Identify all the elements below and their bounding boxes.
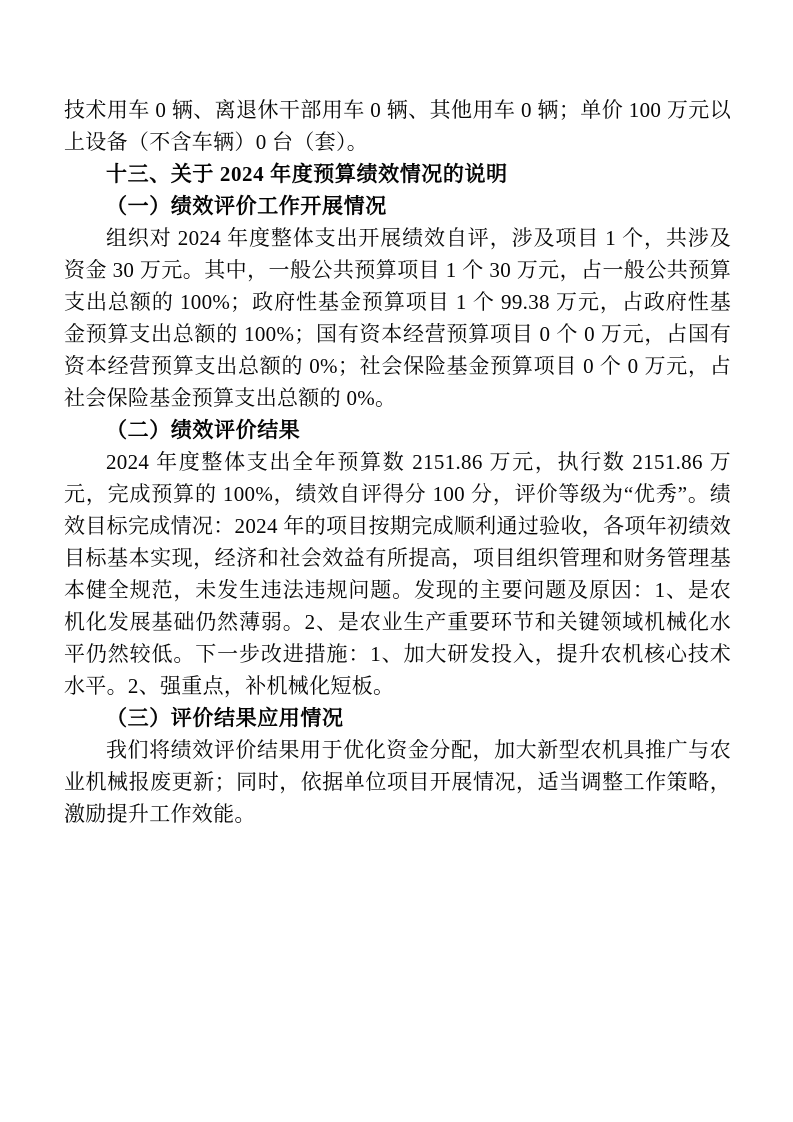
subsection-3-heading: （三）评价结果应用情况: [64, 702, 731, 734]
section-13-heading: 十三、关于 2024 年度预算绩效情况的说明: [64, 158, 731, 190]
performance-self-evaluation-paragraph: 组织对 2024 年度整体支出开展绩效自评，涉及项目 1 个，共涉及资金 30 …: [64, 222, 731, 414]
document-content: 技术用车 0 辆、离退休干部用车 0 辆、其他用车 0 辆；单价 100 万元以…: [64, 94, 731, 830]
vehicles-equipment-continued-paragraph: 技术用车 0 辆、离退休干部用车 0 辆、其他用车 0 辆；单价 100 万元以…: [64, 94, 731, 158]
document-page: 技术用车 0 辆、离退休干部用车 0 辆、其他用车 0 辆；单价 100 万元以…: [0, 0, 793, 1122]
subsection-1-heading: （一）绩效评价工作开展情况: [64, 190, 731, 222]
evaluation-results-paragraph: 2024 年度整体支出全年预算数 2151.86 万元，执行数 2151.86 …: [64, 446, 731, 702]
results-application-paragraph: 我们将绩效评价结果用于优化资金分配，加大新型农机具推广与农业机械报废更新；同时，…: [64, 734, 731, 830]
subsection-2-heading: （二）绩效评价结果: [64, 414, 731, 446]
